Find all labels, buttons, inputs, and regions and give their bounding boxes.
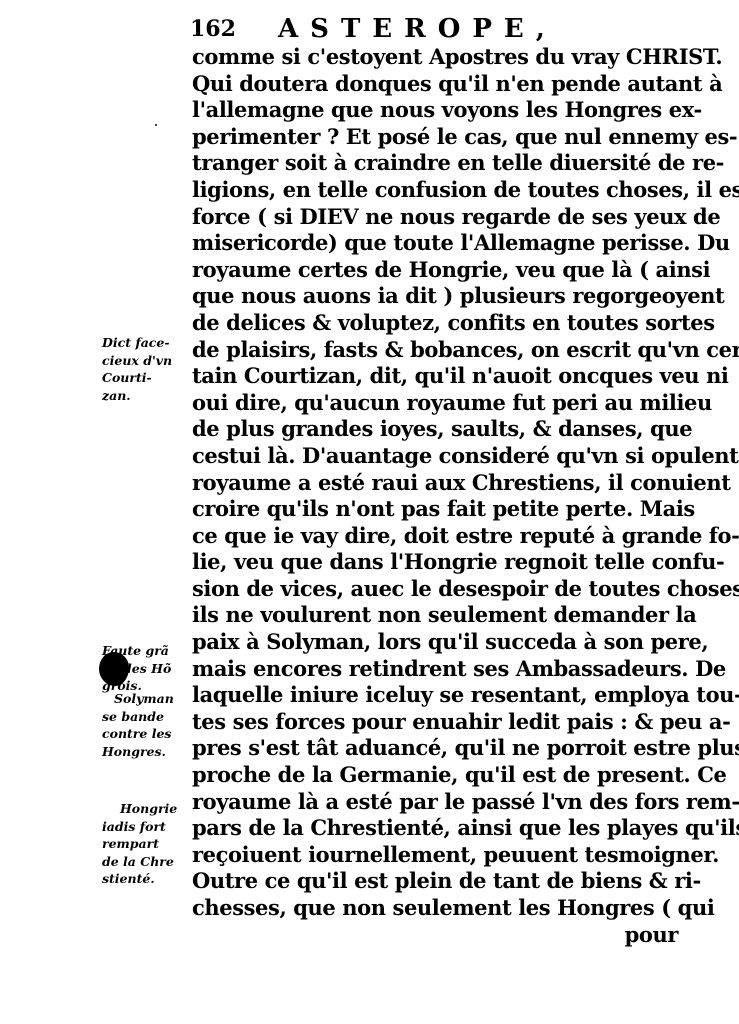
text-line: misericorde) que toute l'Allemagne peris… — [192, 230, 678, 257]
margin-note-line: Courti- — [102, 369, 198, 387]
margin-note-line: cieux d'vn — [102, 352, 198, 370]
margin-note-line: Solyman — [102, 690, 198, 708]
text-line: croire qu'ils n'ont pas fait petite pert… — [192, 496, 678, 523]
text-line: sion de vices, auec le desespoir de tout… — [192, 576, 678, 603]
text-line: oui dire, qu'aucun royaume fut peri au m… — [192, 390, 678, 417]
text-line: lie, veu que dans l'Hongrie regnoit tell… — [192, 549, 678, 576]
margin-note-line: iadis fort — [102, 818, 198, 836]
text-line: ce que ie vay dire, doit estre reputé à … — [192, 523, 678, 550]
text-line: reçoiuent iournellement, peuuent tesmoig… — [192, 842, 678, 869]
text-line: royaume là a esté par le passé l'vn des … — [192, 789, 678, 816]
page-header: 162 ASTEROPE, — [190, 14, 680, 46]
margin-note-line: Hongrie — [102, 800, 198, 818]
text-line: paix à Solyman, lors qu'il succeda à son… — [192, 629, 678, 656]
text-line: que nous auons ia dit ) plusieurs regorg… — [192, 283, 678, 310]
text-line: royaume certes de Hongrie, veu que là ( … — [192, 257, 678, 284]
text-line: comme si c'estoyent Apostres du vray CHR… — [192, 44, 678, 71]
text-line: mais encores retindrent ses Ambassadeurs… — [192, 656, 678, 683]
body-text: comme si c'estoyent Apostres du vray CHR… — [192, 44, 678, 948]
text-line: Qui doutera donques qu'il n'en pende aut… — [192, 71, 678, 98]
margin-note-hongrie: Hongrie iadis fort rempart de la Chre st… — [102, 800, 198, 888]
text-line: chesses, que non seulement les Hongres (… — [192, 895, 678, 922]
margin-note-courtizan: Dict face- cieux d'vn Courti- zan. — [102, 334, 198, 404]
text-line: de plus grandes ioyes, saults, & danses,… — [192, 416, 678, 443]
text-line: tes ses forces pour enuahir ledit pais :… — [192, 709, 678, 736]
margin-note-line: rempart — [102, 835, 198, 853]
ink-blot — [99, 652, 129, 686]
text-line: pres s'est tât aduancé, qu'il ne porroit… — [192, 735, 678, 762]
text-line: tain Courtizan, dit, qu'il n'auoit oncqu… — [192, 363, 678, 390]
text-line: ligions, en telle confusion de toutes ch… — [192, 177, 678, 204]
text-line: de plaisirs, fasts & bobances, on escrit… — [192, 337, 678, 364]
text-line: cestui là. D'auantage consideré qu'vn si… — [192, 443, 678, 470]
text-line: tranger soit à craindre en telle diuersi… — [192, 150, 678, 177]
text-line: de delices & voluptez, confits en toutes… — [192, 310, 678, 337]
margin-note-solyman: Solyman se bande contre les Hongres. — [102, 690, 198, 760]
margin-note-line: contre les — [102, 725, 198, 743]
text-line: ils ne voulurent non seulement demander … — [192, 602, 678, 629]
running-title: ASTEROPE, — [278, 14, 557, 44]
margin-note-line: se bande — [102, 708, 198, 726]
text-line: royaume a esté raui aux Chrestiens, il c… — [192, 470, 678, 497]
text-line: pars de la Chrestienté, ainsi que les pl… — [192, 815, 678, 842]
margin-note-line: Dict face- — [102, 334, 198, 352]
stray-mark — [155, 124, 157, 126]
margin-note-line: de la Chre — [102, 853, 198, 871]
text-line: laquelle iniure iceluy se resentant, emp… — [192, 682, 678, 709]
page-number: 162 — [190, 16, 236, 42]
margin-note-line: zan. — [102, 387, 198, 405]
text-line: force ( si DIEV ne nous regarde de ses y… — [192, 204, 678, 231]
margin-note-line: stienté. — [102, 870, 198, 888]
margin-note-line: Hongres. — [102, 743, 198, 761]
text-line: perimenter ? Et posé le cas, que nul enn… — [192, 124, 678, 151]
text-line: Outre ce qu'il est plein de tant de bien… — [192, 868, 678, 895]
catchword: pour — [192, 922, 678, 949]
text-line: l'allemagne que nous voyons les Hongres … — [192, 97, 678, 124]
text-line: proche de la Germanie, qu'il est de pres… — [192, 762, 678, 789]
